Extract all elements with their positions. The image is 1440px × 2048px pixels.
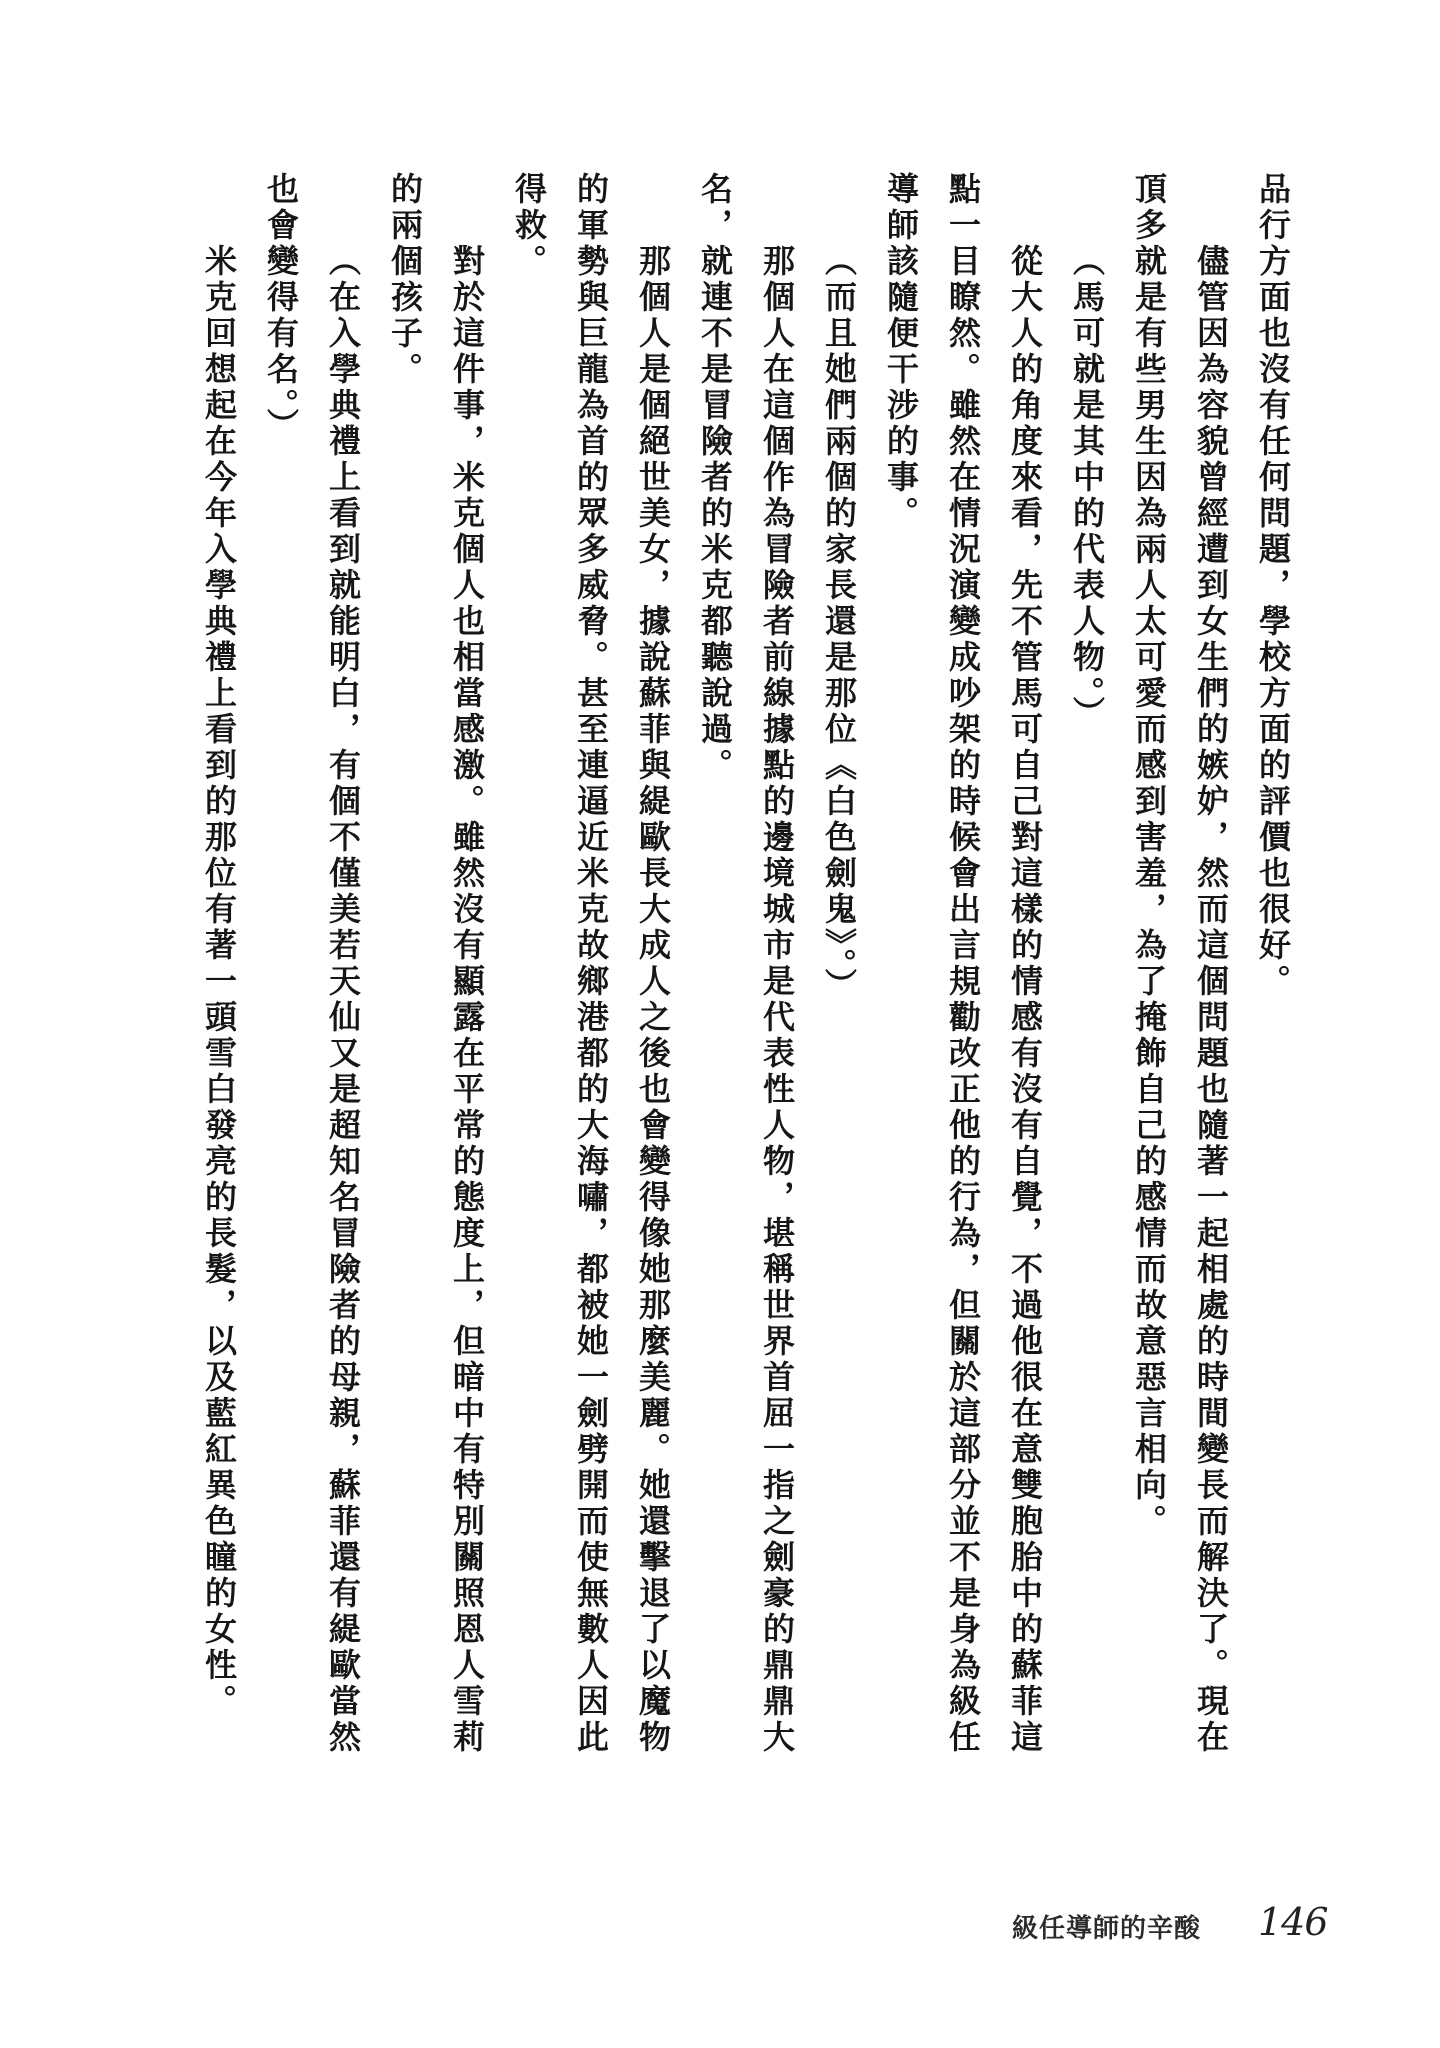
text-column: （馬可就是其中的代表人物。） [1056, 172, 1118, 1762]
text-column: 品行方面也沒有任何問題，學校方面的評價也很好。 [1242, 172, 1304, 1762]
text-column: （而且她們兩個的家長還是那位《白色劍鬼》。） [808, 172, 870, 1762]
text-column: 對於這件事，米克個人也相當感激。雖然沒有顯露在平常的態度上，但暗中有特別關照恩人… [436, 172, 498, 1762]
page-footer: 級任導師的辛酸 146 [0, 1900, 1440, 1960]
text-column: （在入學典禮上看到就能明白，有個不僅美若天仙又是超知名冒險者的母親，蘇菲還有緹歐… [312, 172, 374, 1762]
text-column: 那個人是個絕世美女，據說蘇菲與緹歐長大成人之後也會變得像她那麼美麗。她還擊退了以… [622, 172, 684, 1762]
text-column: 頂多就是有些男生因為兩人太可愛而感到害羞，為了掩飾自己的感情而故意惡言相向。 [1118, 172, 1180, 1762]
text-column: 點一目瞭然。雖然在情況演變成吵架的時候會出言規勸改正他的行為，但關於這部分並不是… [932, 172, 994, 1762]
text-column: 的軍勢與巨龍為首的眾多威脅。甚至連逼近米克故鄉港都的大海嘯，都被她一劍劈開而使無… [560, 172, 622, 1762]
text-column: 的兩個孩子。 [374, 172, 436, 1762]
chapter-title: 級任導師的辛酸 [1012, 1908, 1201, 1945]
novel-text-block: 品行方面也沒有任何問題，學校方面的評價也很好。儘管因為容貌曾經遭到女生們的嫉妒，… [184, 172, 1304, 1762]
text-column: 導師該隨便干涉的事。 [870, 172, 932, 1762]
text-column: 從大人的角度來看，先不管馬可自己對這樣的情感有沒有自覺，不過他很在意雙胞胎中的蘇… [994, 172, 1056, 1762]
text-column: 得救。 [498, 172, 560, 1762]
text-column: 也會變得有名。） [250, 172, 312, 1762]
text-column: 米克回想起在今年入學典禮上看到的那位有著一頭雪白發亮的長髮，以及藍紅異色瞳的女性… [188, 172, 250, 1762]
book-page: 品行方面也沒有任何問題，學校方面的評價也很好。儘管因為容貌曾經遭到女生們的嫉妒，… [0, 0, 1440, 2048]
text-column: 名，就連不是冒險者的米克都聽說過。 [684, 172, 746, 1762]
page-number: 146 [1258, 1900, 1328, 1944]
text-column: 儘管因為容貌曾經遭到女生們的嫉妒，然而這個問題也隨著一起相處的時間變長而解決了。… [1180, 172, 1242, 1762]
text-column: 那個人在這個作為冒險者前線據點的邊境城市是代表性人物，堪稱世界首屈一指之劍豪的鼎… [746, 172, 808, 1762]
